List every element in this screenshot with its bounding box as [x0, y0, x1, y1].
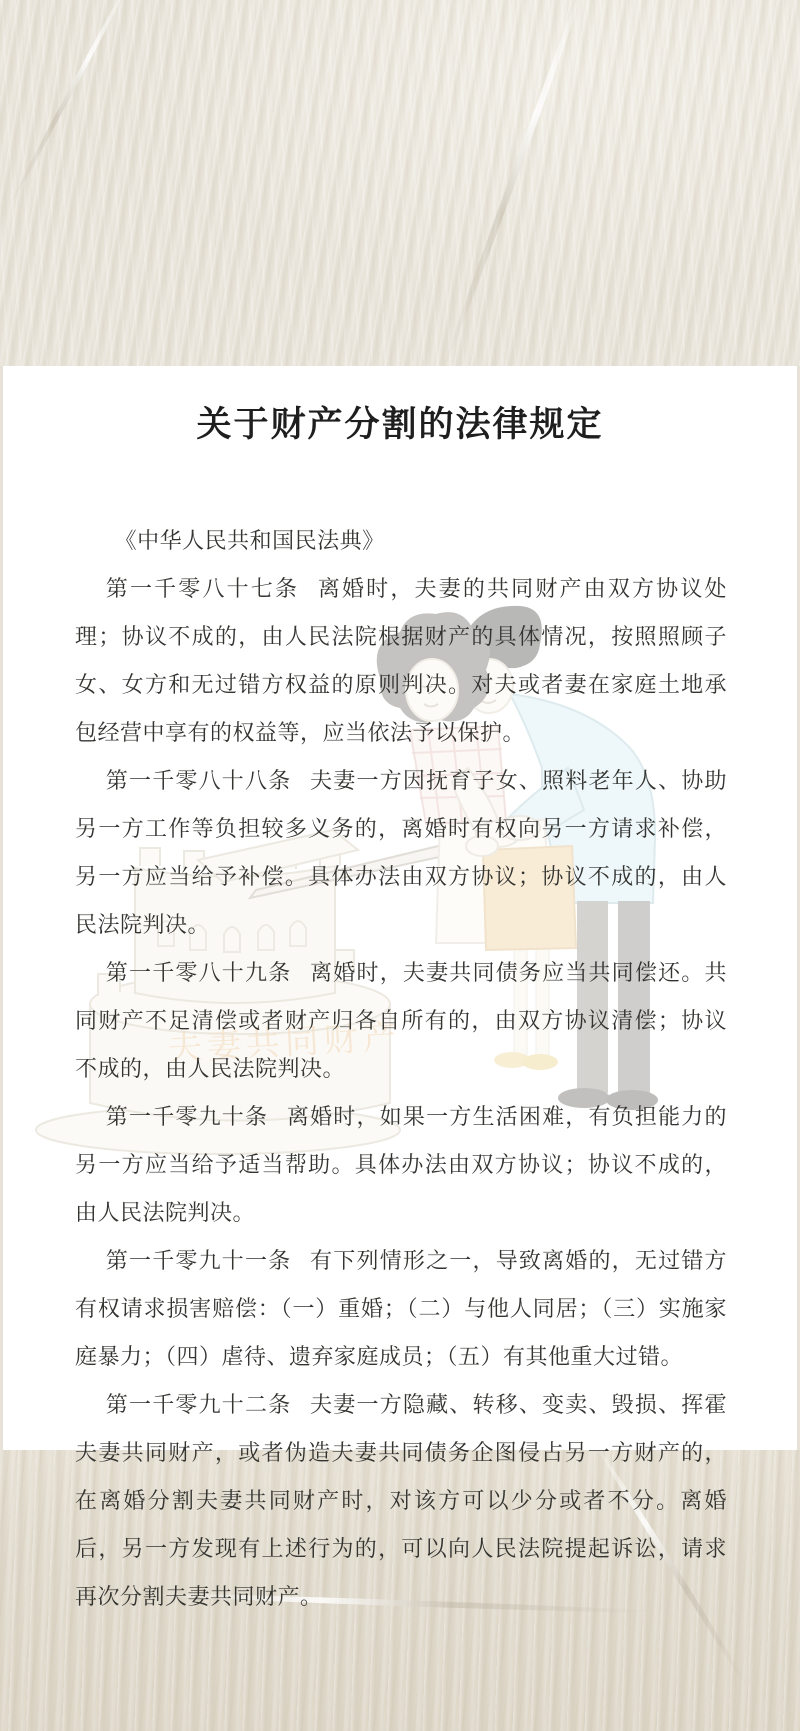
content-card: 夫妻共同财产 — [3, 366, 797, 1450]
article-text: 夫妻一方因抚育子女、照料老年人、协助另一方工作等负担较多义务的，离婚时有权向另一… — [75, 768, 727, 937]
article-label: 第一千零八十七条 — [106, 576, 299, 601]
article-paragraph-1087: 第一千零八十七条离婚时，夫妻的共同财产由双方协议处理；协议不成的，由人民法院根据… — [75, 565, 727, 757]
article-paragraph-1088: 第一千零八十八条夫妻一方因抚育子女、照料老年人、协助另一方工作等负担较多义务的，… — [75, 757, 727, 949]
article-paragraph-1089: 第一千零八十九条离婚时，夫妻共同债务应当共同偿还。共同财产不足清偿或者财产归各自… — [75, 949, 727, 1093]
article-label: 第一千零八十九条 — [106, 960, 292, 985]
paper-crease — [7, 0, 133, 208]
article-text: 离婚时，夫妻的共同财产由双方协议处理；协议不成的，由人民法院根据财产的具体情况，… — [75, 576, 727, 745]
paper-crease — [438, 0, 592, 366]
article-label: 第一千零九十一条 — [106, 1248, 292, 1273]
page-title: 关于财产分割的法律规定 — [3, 366, 797, 449]
article-paragraph-1090: 第一千零九十条离婚时，如果一方生活困难，有负担能力的另一方应当给予适当帮助。具体… — [75, 1093, 727, 1237]
article-paragraph-1092: 第一千零九十二条夫妻一方隐藏、转移、变卖、毁损、挥霍夫妻共同财产，或者伪造夫妻共… — [75, 1381, 727, 1621]
article-paragraph-1091: 第一千零九十一条有下列情形之一，导致离婚的，无过错方有权请求损害赔偿：（一）重婚… — [75, 1237, 727, 1381]
document-body: 《中华人民共和国民法典》 第一千零八十七条离婚时，夫妻的共同财产由双方协议处理；… — [3, 517, 797, 1621]
paper-texture-top — [0, 0, 800, 366]
source-line: 《中华人民共和国民法典》 — [75, 517, 727, 565]
article-label: 第一千零九十条 — [106, 1104, 268, 1129]
article-text: 夫妻一方隐藏、转移、变卖、毁损、挥霍夫妻共同财产，或者伪造夫妻共同债务企图侵占另… — [75, 1392, 727, 1609]
article-label: 第一千零八十八条 — [106, 768, 292, 793]
page: 夫妻共同财产 — [0, 0, 800, 1731]
article-label: 第一千零九十二条 — [106, 1392, 292, 1417]
